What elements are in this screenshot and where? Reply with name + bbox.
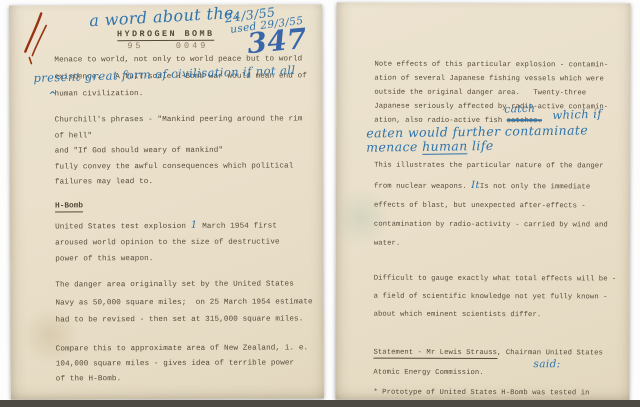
- paragraph-danger-area: The danger area originally set by the Un…: [55, 276, 312, 330]
- typed-line: ation of several Japanese fishing vessel…: [374, 72, 608, 87]
- typed-line: of hell": [55, 128, 303, 145]
- handwritten-menace-line: menace human life: [366, 138, 494, 155]
- typed-line: The danger area originally set by the Un…: [55, 276, 312, 295]
- typed-line: Navy as 50,000 square miles; on 25 March…: [55, 294, 312, 313]
- handwritten-catch-correction: catch: [504, 103, 535, 116]
- handwritten-which-if: which if: [552, 107, 602, 123]
- scanned-document-photo: a word about the. 24/3/55 used 29/3/55 3…: [0, 0, 640, 407]
- typed-line: from nuclear weapons. ItIs not only the …: [374, 176, 608, 198]
- typed-line: Difficult to gauge exactly what total ef…: [374, 270, 617, 289]
- left-page: a word about the. 24/3/55 used 29/3/55 3…: [9, 4, 324, 399]
- typed-line: Note effects of this particular explosio…: [374, 58, 608, 73]
- typed-line: a field of scientific knowledge not yet …: [374, 288, 617, 307]
- handwritten-said: said:: [533, 358, 560, 370]
- paragraph-us-test: United States test explosion 1 March 195…: [55, 218, 280, 268]
- page-title: HYDROGEN BOMB: [9, 28, 322, 39]
- typed-line: aroused world opinion to the size of des…: [55, 235, 280, 252]
- typed-line: Atomic Energy Commission.: [373, 363, 603, 384]
- paragraph-total-effects: Difficult to gauge exactly what total ef…: [374, 270, 617, 325]
- insertion-caret: ^: [49, 90, 58, 101]
- paragraph-strauss-statement: Statement - Mr Lewis Strauss, Chairman U…: [373, 343, 603, 404]
- paragraph-danger-nature: This illustrates the particular nature o…: [374, 157, 608, 255]
- handwritten-it-insert: It: [471, 180, 480, 191]
- typed-line: This illustrates the particular nature o…: [374, 157, 608, 177]
- typed-line: Compare this to approximate area of New …: [56, 341, 309, 357]
- handwritten-top-note: a word about the.: [89, 3, 240, 30]
- typed-line: fully convey the awful consequences whic…: [55, 159, 303, 176]
- typed-line: Statement - Mr Lewis Strauss, Chairman U…: [373, 343, 603, 364]
- photo-surface-edge: [0, 400, 640, 407]
- typed-line: Churchill's phrases - "Mankind peering a…: [55, 112, 303, 129]
- right-page: Note effects of this particular explosio…: [335, 2, 630, 400]
- typed-line: about which eminent scientists differ.: [374, 306, 617, 325]
- typed-line: power of this weapon.: [55, 251, 280, 268]
- typed-line: contamination by radio-activity - carrie…: [374, 216, 608, 236]
- paragraph-churchill: Churchill's phrases - "Mankind peering a…: [55, 112, 303, 191]
- typed-line: failures may lead to.: [55, 174, 303, 191]
- typed-line: water.: [374, 235, 608, 255]
- typed-line: effects of blast, but unexpected after-e…: [374, 197, 608, 217]
- section-heading-hbomb: H-Bomb: [55, 202, 83, 210]
- typed-line: human civilization.: [54, 85, 307, 103]
- reference-number: 95 0049: [127, 41, 208, 51]
- typed-line: 104,000 square miles - gives idea of ter…: [56, 356, 309, 372]
- typed-line: and "If God should weary of mankind": [55, 143, 303, 160]
- underlined-statement: Statement - Mr Lewis Strauss: [373, 349, 497, 359]
- paragraph-new-zealand: Compare this to approximate area of New …: [56, 341, 309, 387]
- typed-line: United States test explosion 1 March 195…: [55, 218, 280, 236]
- typed-line: had to be revised - then set at 315,000 …: [55, 311, 312, 330]
- typed-line: of the H-Bomb.: [56, 371, 309, 387]
- typed-line: outside the original danger area. Twenty…: [374, 86, 608, 101]
